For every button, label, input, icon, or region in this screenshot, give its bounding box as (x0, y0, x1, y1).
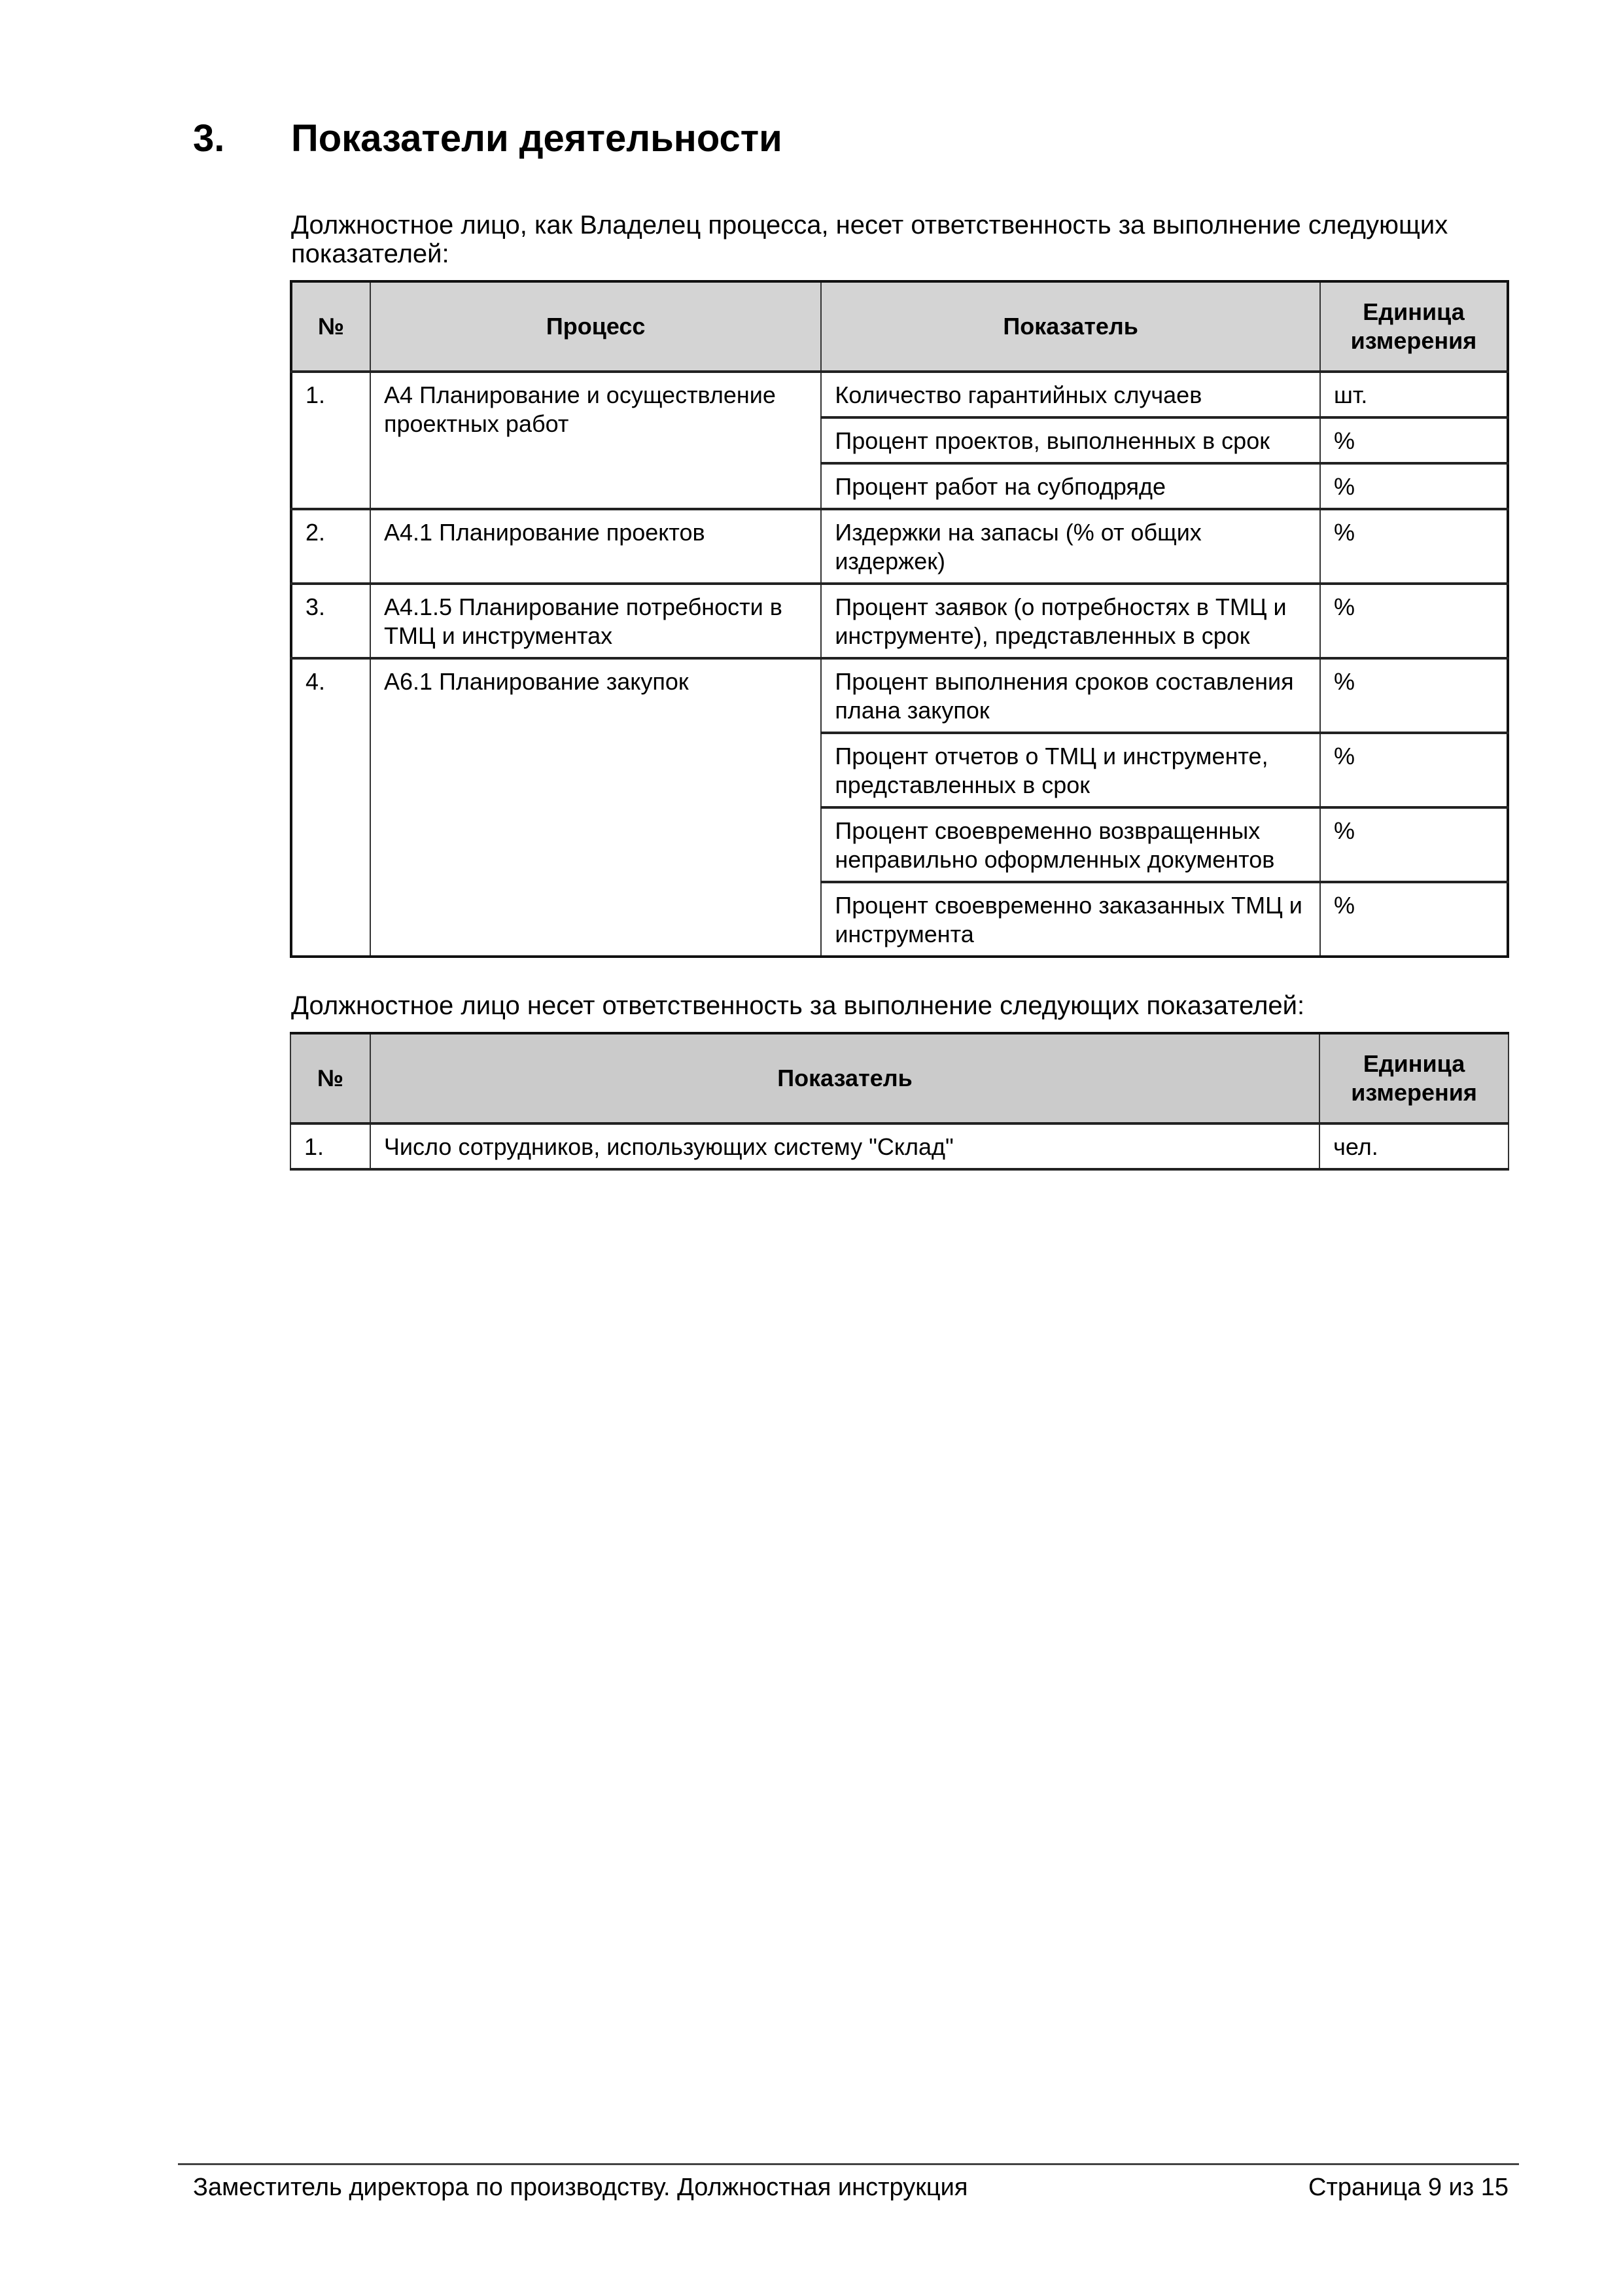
row-unit: % (1320, 463, 1508, 509)
row-process: А4.1.5 Планирование потребности в ТМЦ и … (370, 584, 821, 658)
header-number: № (290, 1033, 370, 1123)
footer-page-number: Страница 9 из 15 (1308, 2174, 1509, 2202)
row-unit: % (1320, 417, 1508, 463)
row-indicator: Количество гарантийных случаев (821, 372, 1320, 417)
table-row: 2. А4.1 Планирование проектов Издержки н… (291, 509, 1508, 584)
table-row: 1. А4 Планирование и осуществление проек… (291, 372, 1508, 417)
table-row: 4. А6.1 Планирование закупок Процент вып… (291, 658, 1508, 733)
row-process: А4.1 Планирование проектов (370, 509, 821, 584)
general-intro-text: Должностное лицо несет ответственность з… (291, 991, 1521, 1020)
table-row: 1. Число сотрудников, использующих систе… (290, 1123, 1509, 1169)
section-number: 3. (193, 116, 224, 160)
row-number: 2. (291, 509, 370, 584)
row-unit: чел. (1319, 1123, 1509, 1169)
header-process: Процесс (370, 281, 821, 372)
header-unit: Единица измерения (1319, 1033, 1509, 1123)
row-unit: % (1320, 882, 1508, 957)
header-indicator: Показатель (821, 281, 1320, 372)
row-unit: % (1320, 733, 1508, 807)
row-unit: % (1320, 658, 1508, 733)
table-header-row: № Процесс Показатель Единица измерения (291, 281, 1508, 372)
row-indicator: Процент своевременно возвращенных неправ… (821, 807, 1320, 882)
header-indicator: Показатель (370, 1033, 1319, 1123)
process-kpi-table: № Процесс Показатель Единица измерения 1… (290, 280, 1509, 958)
row-unit: % (1320, 584, 1508, 658)
row-process: А6.1 Планирование закупок (370, 658, 821, 957)
row-indicator: Процент своевременно заказанных ТМЦ и ин… (821, 882, 1320, 957)
row-indicator: Процент работ на субподряде (821, 463, 1320, 509)
row-number: 4. (291, 658, 370, 957)
owner-intro-text: Должностное лицо, как Владелец процесса,… (291, 211, 1521, 268)
row-process: А4 Планирование и осуществление проектны… (370, 372, 821, 509)
row-indicator: Процент заявок (о потребностях в ТМЦ и и… (821, 584, 1320, 658)
row-indicator: Процент выполнения сроков составления пл… (821, 658, 1320, 733)
footer-divider (178, 2163, 1519, 2165)
row-number: 1. (290, 1123, 370, 1169)
general-kpi-table: № Показатель Единица измерения 1. Число … (290, 1032, 1509, 1171)
footer-document-title: Заместитель директора по производству. Д… (193, 2174, 968, 2202)
row-unit: % (1320, 807, 1508, 882)
row-indicator: Число сотрудников, использующих систему … (370, 1123, 1319, 1169)
row-indicator: Издержки на запасы (% от общих издержек) (821, 509, 1320, 584)
row-number: 1. (291, 372, 370, 509)
row-unit: шт. (1320, 372, 1508, 417)
header-number: № (291, 281, 370, 372)
row-number: 3. (291, 584, 370, 658)
table-row: 3. А4.1.5 Планирование потребности в ТМЦ… (291, 584, 1508, 658)
table-header-row: № Показатель Единица измерения (290, 1033, 1509, 1123)
row-unit: % (1320, 509, 1508, 584)
row-indicator: Процент отчетов о ТМЦ и инструменте, пре… (821, 733, 1320, 807)
row-indicator: Процент проектов, выполненных в срок (821, 417, 1320, 463)
header-unit: Единица измерения (1320, 281, 1508, 372)
section-title: Показатели деятельности (291, 116, 782, 160)
